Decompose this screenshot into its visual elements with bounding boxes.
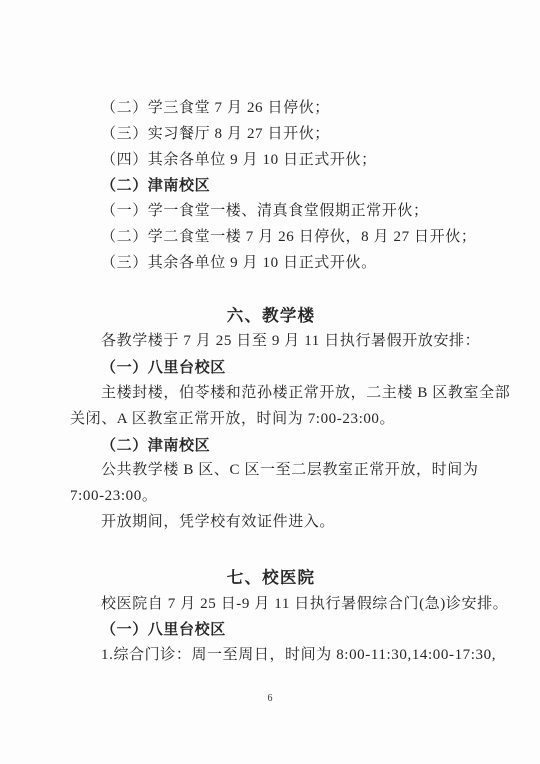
subsection-heading-balitai-teaching: （一）八里台校区 (70, 355, 472, 381)
subsection-heading-balitai-hospital: （一）八里台校区 (70, 617, 472, 643)
document-page: （二）学三食堂 7 月 26 日停伙； （三）实习餐厅 8 月 27 日开伙； … (0, 0, 540, 764)
doc-line-canteen-xueyi: （一）学一食堂一楼、清真食堂假期正常开伙； (70, 199, 472, 225)
doc-line-canteen-shixi: （三）实习餐厅 8 月 27 日开伙； (70, 122, 472, 148)
doc-line-mainbuilding-1: 主楼封楼，伯苓楼和范孙楼正常开放，二主楼 B 区教室全部 (70, 381, 472, 407)
doc-line-public-teaching-2: 7:00-23:00。 (70, 484, 472, 510)
subsection-heading-jinnan-canteen: （二）津南校区 (70, 173, 472, 199)
doc-line-canteen-xuesan: （二）学三食堂 7 月 26 日停伙； (70, 96, 472, 122)
doc-line-mainbuilding-2: 关闭、A 区教室正常开放，时间为 7:00-23:00。 (70, 407, 472, 433)
doc-line-canteen-others-1: （四）其余各单位 9 月 10 日正式开伙； (70, 148, 472, 174)
section-heading-teaching-buildings: 六、教学楼 (70, 304, 472, 330)
subsection-heading-jinnan-teaching: （二）津南校区 (70, 433, 472, 459)
doc-line-clinic-hours: 1.综合门诊：周一至周日，时间为 8:00-11:30,14:00-17:30, (70, 643, 472, 669)
doc-line-teaching-schedule: 各教学楼于 7 月 25 日至 9 月 11 日执行暑假开放安排： (70, 329, 472, 355)
doc-line-hospital-schedule: 校医院自 7 月 25 日-9 月 11 日执行暑假综合门(急)诊安排。 (70, 592, 472, 618)
document-body: （二）学三食堂 7 月 26 日停伙； （三）实习餐厅 8 月 27 日开伙； … (70, 96, 472, 669)
doc-line-canteen-others-2: （三）其余各单位 9 月 10 日正式开伙。 (70, 251, 472, 277)
doc-line-entry-credential: 开放期间，凭学校有效证件进入。 (70, 510, 472, 536)
section-heading-hospital: 七、校医院 (70, 566, 472, 592)
doc-line-canteen-xueer: （二）学二食堂一楼 7 月 26 日停伙，8 月 27 日开伙； (70, 225, 472, 251)
page-number: 6 (0, 693, 540, 704)
doc-line-public-teaching-1: 公共教学楼 B 区、C 区一至二层教室正常开放，时间为 (70, 458, 472, 484)
